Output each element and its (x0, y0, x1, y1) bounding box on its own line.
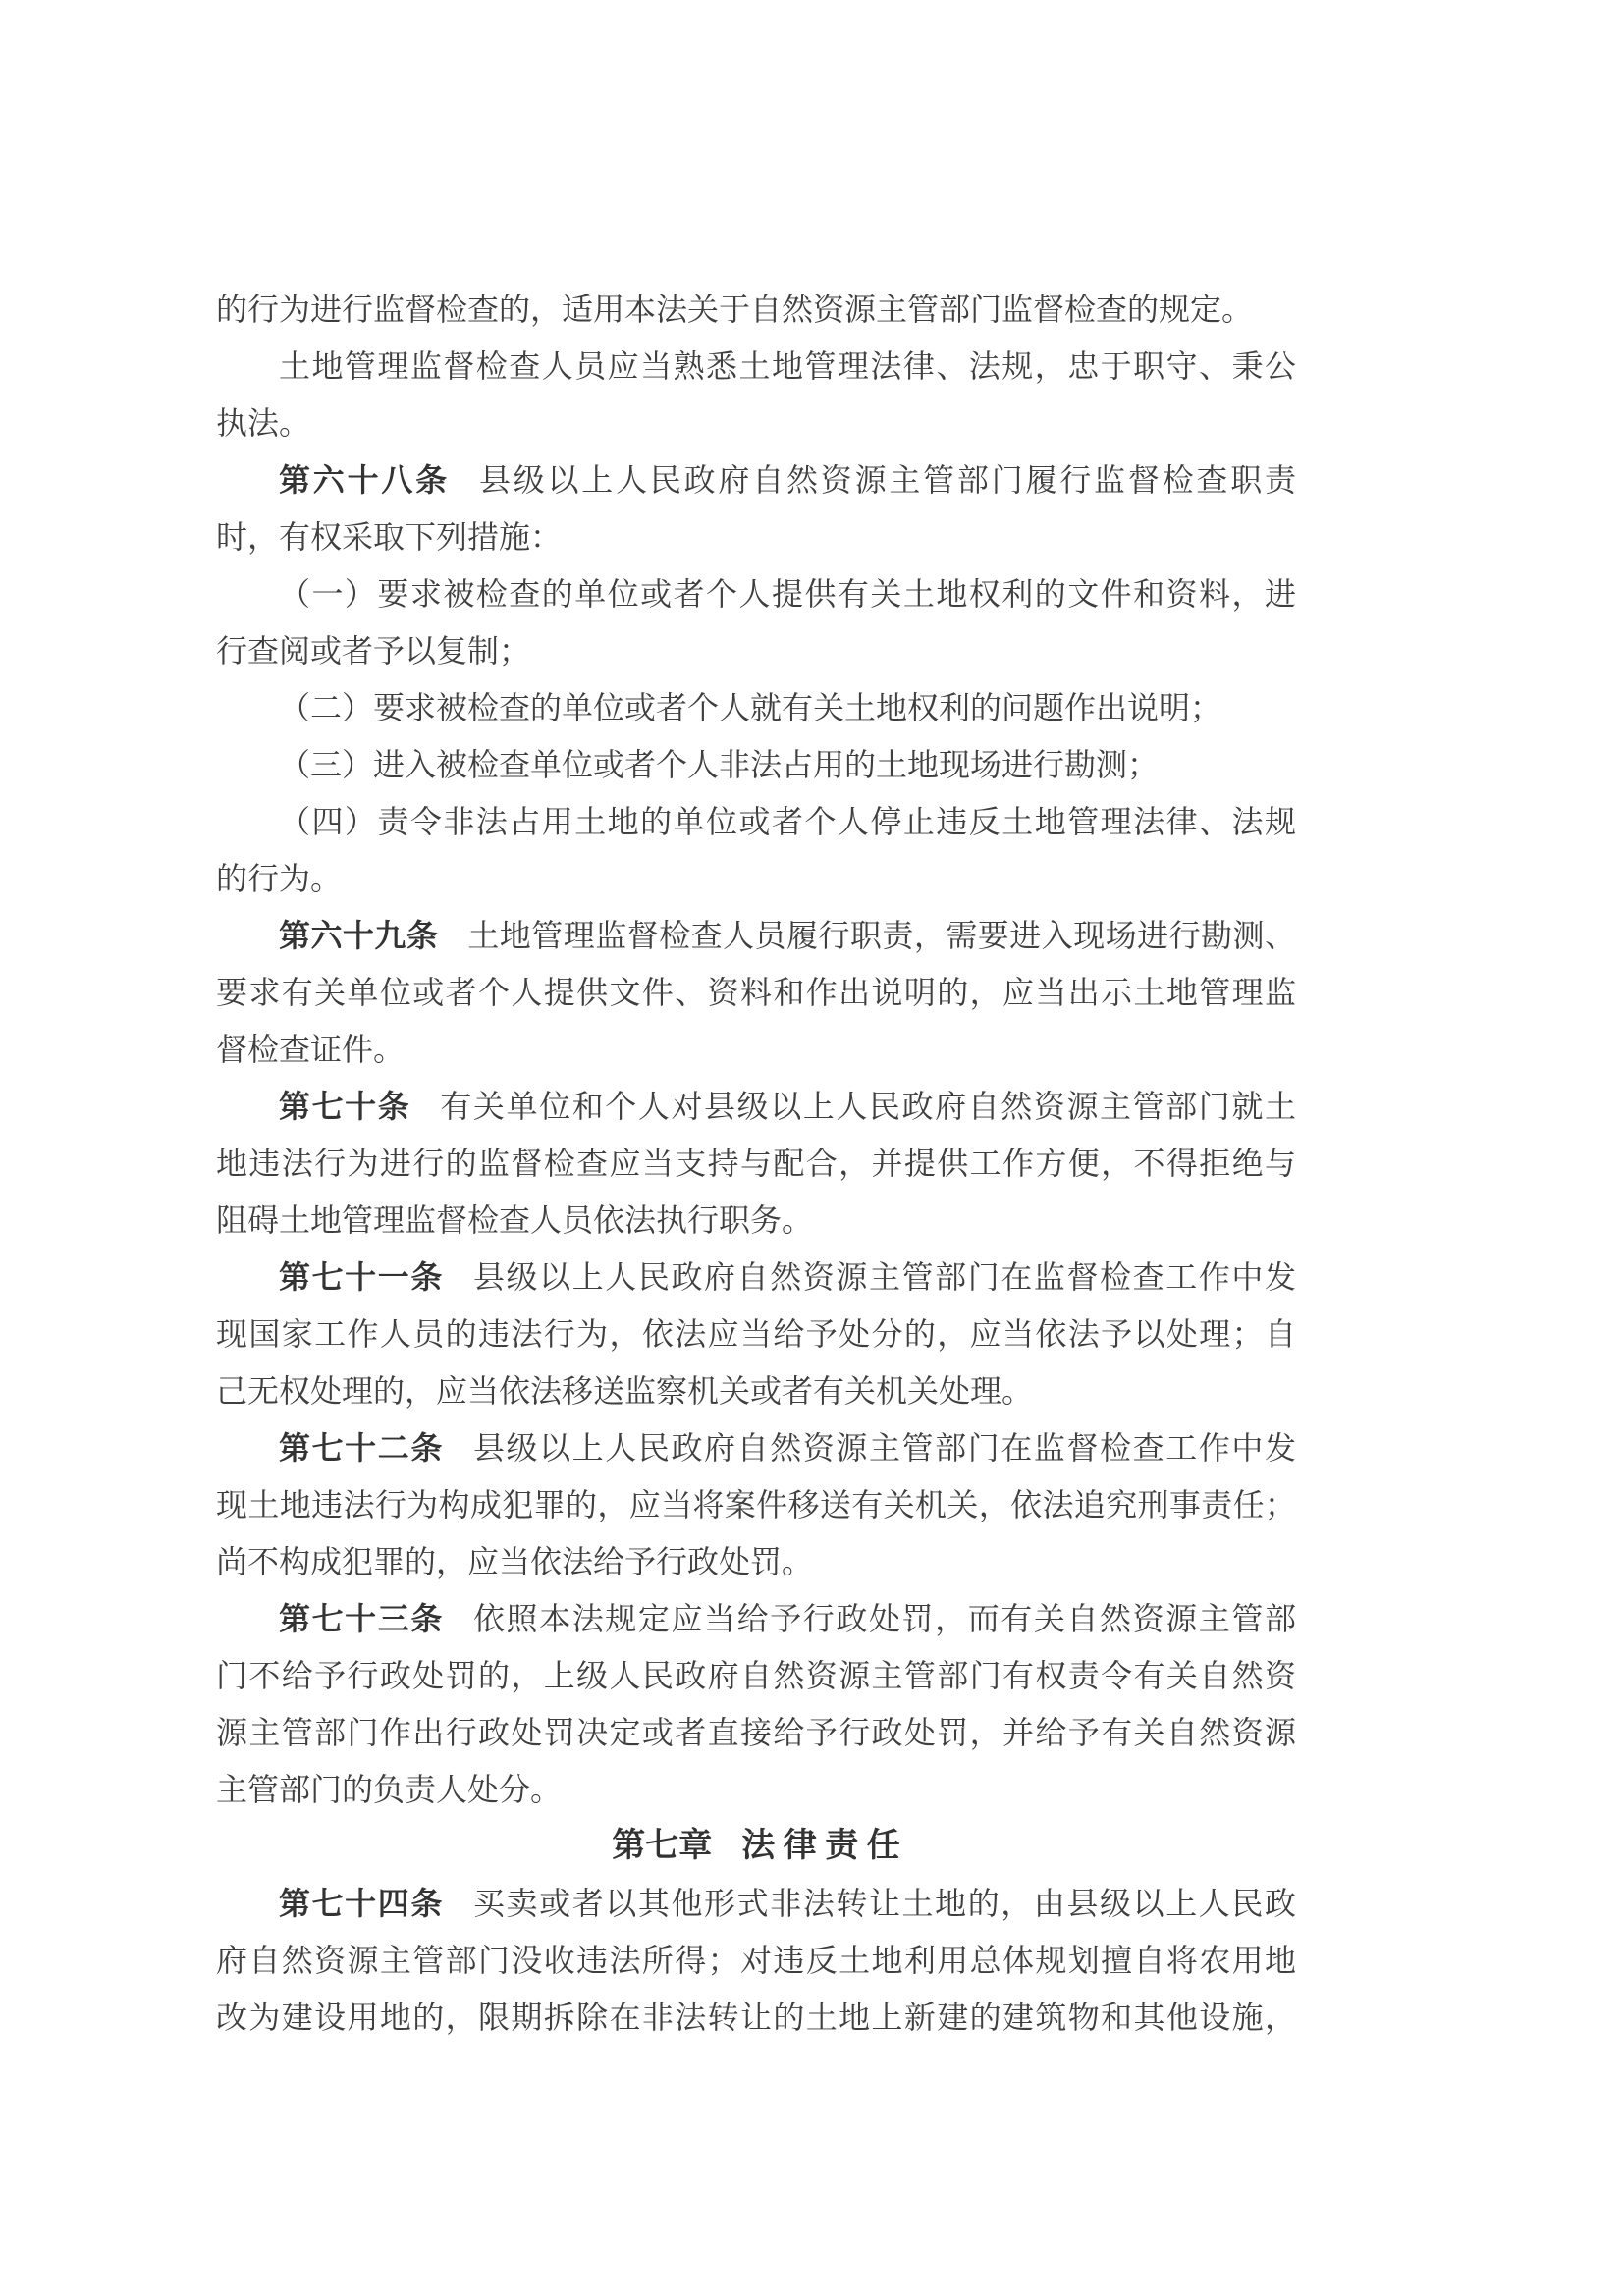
text-line: （三）进入被检查单位或者个人非法占用的土地现场进行勘测； (216, 736, 1296, 793)
text-line: （一）要求被检查的单位或者个人提供有关土地权利的文件和资料，进 (216, 565, 1296, 622)
article-number: 第七十四条 (279, 1886, 444, 1921)
text-segment: 县级以上人民政府自然资源主管部门在监督检查工作中发 (473, 1259, 1296, 1295)
text-line: 第七十三条依照本法规定应当给予行政处罚，而有关自然资源主管部 (216, 1590, 1296, 1647)
text-line: 改为建设用地的，限期拆除在非法转让的土地上新建的建筑物和其他设施， (216, 1989, 1296, 2046)
text-segment: 有关单位和个人对县级以上人民政府自然资源主管部门就土 (440, 1089, 1296, 1124)
text-segment: 县级以上人民政府自然资源主管部门在监督检查工作中发 (473, 1430, 1296, 1466)
text-segment: （三）进入被检查单位或者个人非法占用的土地现场进行勘测； (279, 747, 1159, 782)
text-segment: 执法。 (216, 405, 310, 441)
text-segment: 法 律 责 任 (741, 1828, 900, 1864)
text-segment: 阻碍土地管理监督检查人员依法执行职务。 (216, 1202, 813, 1238)
text-line: （二）要求被检查的单位或者个人就有关土地权利的问题作出说明； (216, 679, 1296, 736)
text-segment: 的行为。 (216, 861, 342, 896)
text-line: 第六十八条县级以上人民政府自然资源主管部门履行监督检查职责 (216, 452, 1296, 508)
text-segment: 土地管理监督检查人员应当熟悉土地管理法律、法规，忠于职守、秉公 (279, 348, 1296, 384)
article-number: 第七十二条 (279, 1430, 444, 1466)
text-segment: （一）要求被检查的单位或者个人提供有关土地权利的文件和资料，进 (279, 576, 1296, 612)
text-line: 第七十四条买卖或者以其他形式非法转让土地的，由县级以上人民政 (216, 1875, 1296, 1932)
text-segment: 府自然资源主管部门没收违法所得；对违反土地利用总体规划擅自将农用地 (216, 1943, 1296, 1978)
text-segment: 改为建设用地的，限期拆除在非法转让的土地上新建的建筑物和其他设施， (216, 2000, 1296, 2035)
text-segment: 买卖或者以其他形式非法转让土地的，由县级以上人民政 (473, 1886, 1296, 1921)
text-segment: 要求有关单位或者个人提供文件、资料和作出说明的，应当出示土地管理监 (216, 975, 1296, 1010)
text-segment: 尚不构成犯罪的，应当依法给予行政处罚。 (216, 1544, 813, 1579)
document-page: 的行为进行监督检查的，适用本法关于自然资源主管部门监督检查的规定。土地管理监督检… (0, 0, 1624, 2296)
text-line: 现土地违法行为构成犯罪的，应当将案件移送有关机关，依法追究刑事责任； (216, 1476, 1296, 1533)
text-segment: 行查阅或者予以复制； (216, 633, 530, 668)
text-segment: 地违法行为进行的监督检查应当支持与配合，并提供工作方便，不得拒绝与 (216, 1146, 1296, 1181)
text-segment: 时，有权采取下列措施： (216, 519, 562, 555)
text-line: 尚不构成犯罪的，应当依法给予行政处罚。 (216, 1533, 1296, 1590)
text-line: 第七十一条县级以上人民政府自然资源主管部门在监督检查工作中发 (216, 1249, 1296, 1306)
text-segment: 县级以上人民政府自然资源主管部门履行监督检查职责 (479, 462, 1296, 498)
text-line: 现国家工作人员的违法行为，依法应当给予处分的，应当依法予以处理；自 (216, 1306, 1296, 1362)
text-line: 的行为。 (216, 850, 1296, 907)
text-line: 的行为进行监督检查的，适用本法关于自然资源主管部门监督检查的规定。 (216, 281, 1296, 338)
text-line: 门不给予行政处罚的，上级人民政府自然资源主管部门有权责令有关自然资 (216, 1647, 1296, 1704)
text-line: 要求有关单位或者个人提供文件、资料和作出说明的，应当出示土地管理监 (216, 964, 1296, 1021)
text-line: 阻碍土地管理监督检查人员依法执行职务。 (216, 1192, 1296, 1249)
document-body: 的行为进行监督检查的，适用本法关于自然资源主管部门监督检查的规定。土地管理监督检… (216, 281, 1296, 2046)
text-segment: 门不给予行政处罚的，上级人民政府自然资源主管部门有权责令有关自然资 (216, 1658, 1296, 1693)
text-segment: 督检查证件。 (216, 1032, 405, 1067)
article-number: 第六十九条 (279, 918, 438, 953)
text-line: 第七十条有关单位和个人对县级以上人民政府自然资源主管部门就土 (216, 1078, 1296, 1135)
text-line: 第七十二条县级以上人民政府自然资源主管部门在监督检查工作中发 (216, 1419, 1296, 1476)
text-segment: 土地管理监督检查人员履行职责，需要进入现场进行勘测、 (467, 918, 1296, 953)
text-segment: 源主管部门作出行政处罚决定或者直接给予行政处罚，并给予有关自然资源 (216, 1715, 1296, 1750)
text-line: 主管部门的负责人处分。 (216, 1761, 1296, 1818)
article-number: 第七十一条 (279, 1259, 444, 1295)
text-line: 第六十九条土地管理监督检查人员履行职责，需要进入现场进行勘测、 (216, 907, 1296, 964)
text-line: 行查阅或者予以复制； (216, 622, 1296, 679)
text-segment: 主管部门的负责人处分。 (216, 1772, 562, 1807)
text-line: 地违法行为进行的监督检查应当支持与配合，并提供工作方便，不得拒绝与 (216, 1135, 1296, 1192)
text-segment: 现土地违法行为构成犯罪的，应当将案件移送有关机关，依法追究刑事责任； (216, 1487, 1296, 1522)
text-line: 督检查证件。 (216, 1021, 1296, 1078)
text-segment: 第七章 (612, 1828, 712, 1864)
text-line: 府自然资源主管部门没收违法所得；对违反土地利用总体规划擅自将农用地 (216, 1932, 1296, 1989)
text-line: 己无权处理的，应当依法移送监察机关或者有关机关处理。 (216, 1362, 1296, 1419)
text-line: （四）责令非法占用土地的单位或者个人停止违反土地管理法律、法规 (216, 793, 1296, 850)
text-segment: 依照本法规定应当给予行政处罚，而有关自然资源主管部 (473, 1601, 1296, 1636)
text-segment: 的行为进行监督检查的，适用本法关于自然资源主管部门监督检查的规定。 (216, 292, 1253, 327)
article-number: 第七十条 (279, 1089, 410, 1124)
text-line: 土地管理监督检查人员应当熟悉土地管理法律、法规，忠于职守、秉公 (216, 338, 1296, 395)
text-line: 源主管部门作出行政处罚决定或者直接给予行政处罚，并给予有关自然资源 (216, 1704, 1296, 1761)
chapter-heading: 第七章法 律 责 任 (216, 1818, 1296, 1875)
text-segment: （四）责令非法占用土地的单位或者个人停止违反土地管理法律、法规 (279, 804, 1296, 839)
text-segment: （二）要求被检查的单位或者个人就有关土地权利的问题作出说明； (279, 690, 1221, 725)
article-number: 第七十三条 (279, 1601, 444, 1636)
text-line: 执法。 (216, 395, 1296, 452)
article-number: 第六十八条 (279, 462, 450, 498)
text-segment: 现国家工作人员的违法行为，依法应当给予处分的，应当依法予以处理；自 (216, 1316, 1296, 1352)
text-segment: 己无权处理的，应当依法移送监察机关或者有关机关处理。 (216, 1373, 1033, 1409)
text-line: 时，有权采取下列措施： (216, 508, 1296, 565)
